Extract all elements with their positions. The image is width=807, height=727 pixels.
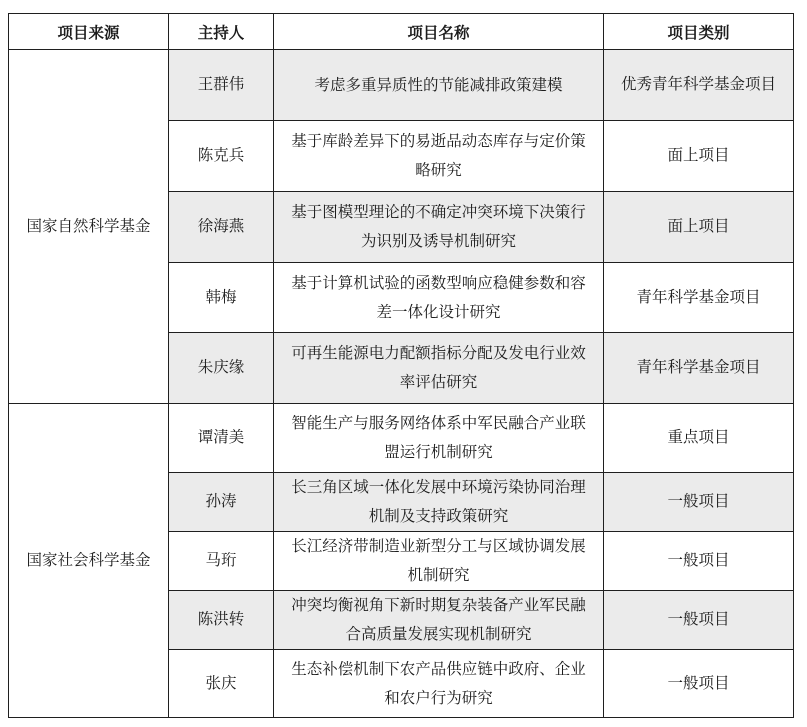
table-row: 国家社会科学基金 谭清美 智能生产与服务网络体系中军民融合产业联盟运行机制研究 … [9,404,794,473]
project-name-cell: 考虑多重异质性的节能减排政策建模 [274,50,604,121]
host-cell: 张庆 [169,650,274,718]
header-project-category: 项目类别 [604,14,794,50]
project-name-cell: 可再生能源电力配额指标分配及发电行业效率评估研究 [274,333,604,404]
project-name-cell: 基于计算机试验的函数型响应稳健参数和容差一体化设计研究 [274,263,604,333]
source-cell: 国家社会科学基金 [9,404,169,718]
header-project-source: 项目来源 [9,14,169,50]
host-cell: 韩梅 [169,263,274,333]
host-cell: 朱庆缘 [169,333,274,404]
host-cell: 陈克兵 [169,121,274,192]
header-host: 主持人 [169,14,274,50]
source-cell: 国家自然科学基金 [9,50,169,404]
category-cell: 一般项目 [604,532,794,591]
project-name-cell: 生态补偿机制下农产品供应链中政府、企业和农户行为研究 [274,650,604,718]
category-cell: 优秀青年科学基金项目 [604,50,794,121]
host-cell: 孙涛 [169,473,274,532]
header-project-name: 项目名称 [274,14,604,50]
project-name-cell: 长三角区域一体化发展中环境污染协同治理机制及支持政策研究 [274,473,604,532]
host-cell: 陈洪转 [169,591,274,650]
table-row: 国家自然科学基金 王群伟 考虑多重异质性的节能减排政策建模 优秀青年科学基金项目 [9,50,794,121]
host-cell: 马珩 [169,532,274,591]
category-cell: 一般项目 [604,473,794,532]
header-row: 项目来源 主持人 项目名称 项目类别 [9,14,794,50]
category-cell: 面上项目 [604,121,794,192]
category-cell: 重点项目 [604,404,794,473]
host-cell: 徐海燕 [169,192,274,263]
research-projects-table: 项目来源 主持人 项目名称 项目类别 国家自然科学基金 王群伟 考虑多重异质性的… [8,13,794,718]
project-name-cell: 长江经济带制造业新型分工与区域协调发展机制研究 [274,532,604,591]
project-name-cell: 基于图模型理论的不确定冲突环境下决策行为识别及诱导机制研究 [274,192,604,263]
category-cell: 青年科学基金项目 [604,333,794,404]
project-name-cell: 冲突均衡视角下新时期复杂装备产业军民融合高质量发展实现机制研究 [274,591,604,650]
host-cell: 谭清美 [169,404,274,473]
category-cell: 一般项目 [604,650,794,718]
category-cell: 青年科学基金项目 [604,263,794,333]
project-name-cell: 智能生产与服务网络体系中军民融合产业联盟运行机制研究 [274,404,604,473]
category-cell: 面上项目 [604,192,794,263]
host-cell: 王群伟 [169,50,274,121]
category-cell: 一般项目 [604,591,794,650]
project-name-cell: 基于库龄差异下的易逝品动态库存与定价策略研究 [274,121,604,192]
